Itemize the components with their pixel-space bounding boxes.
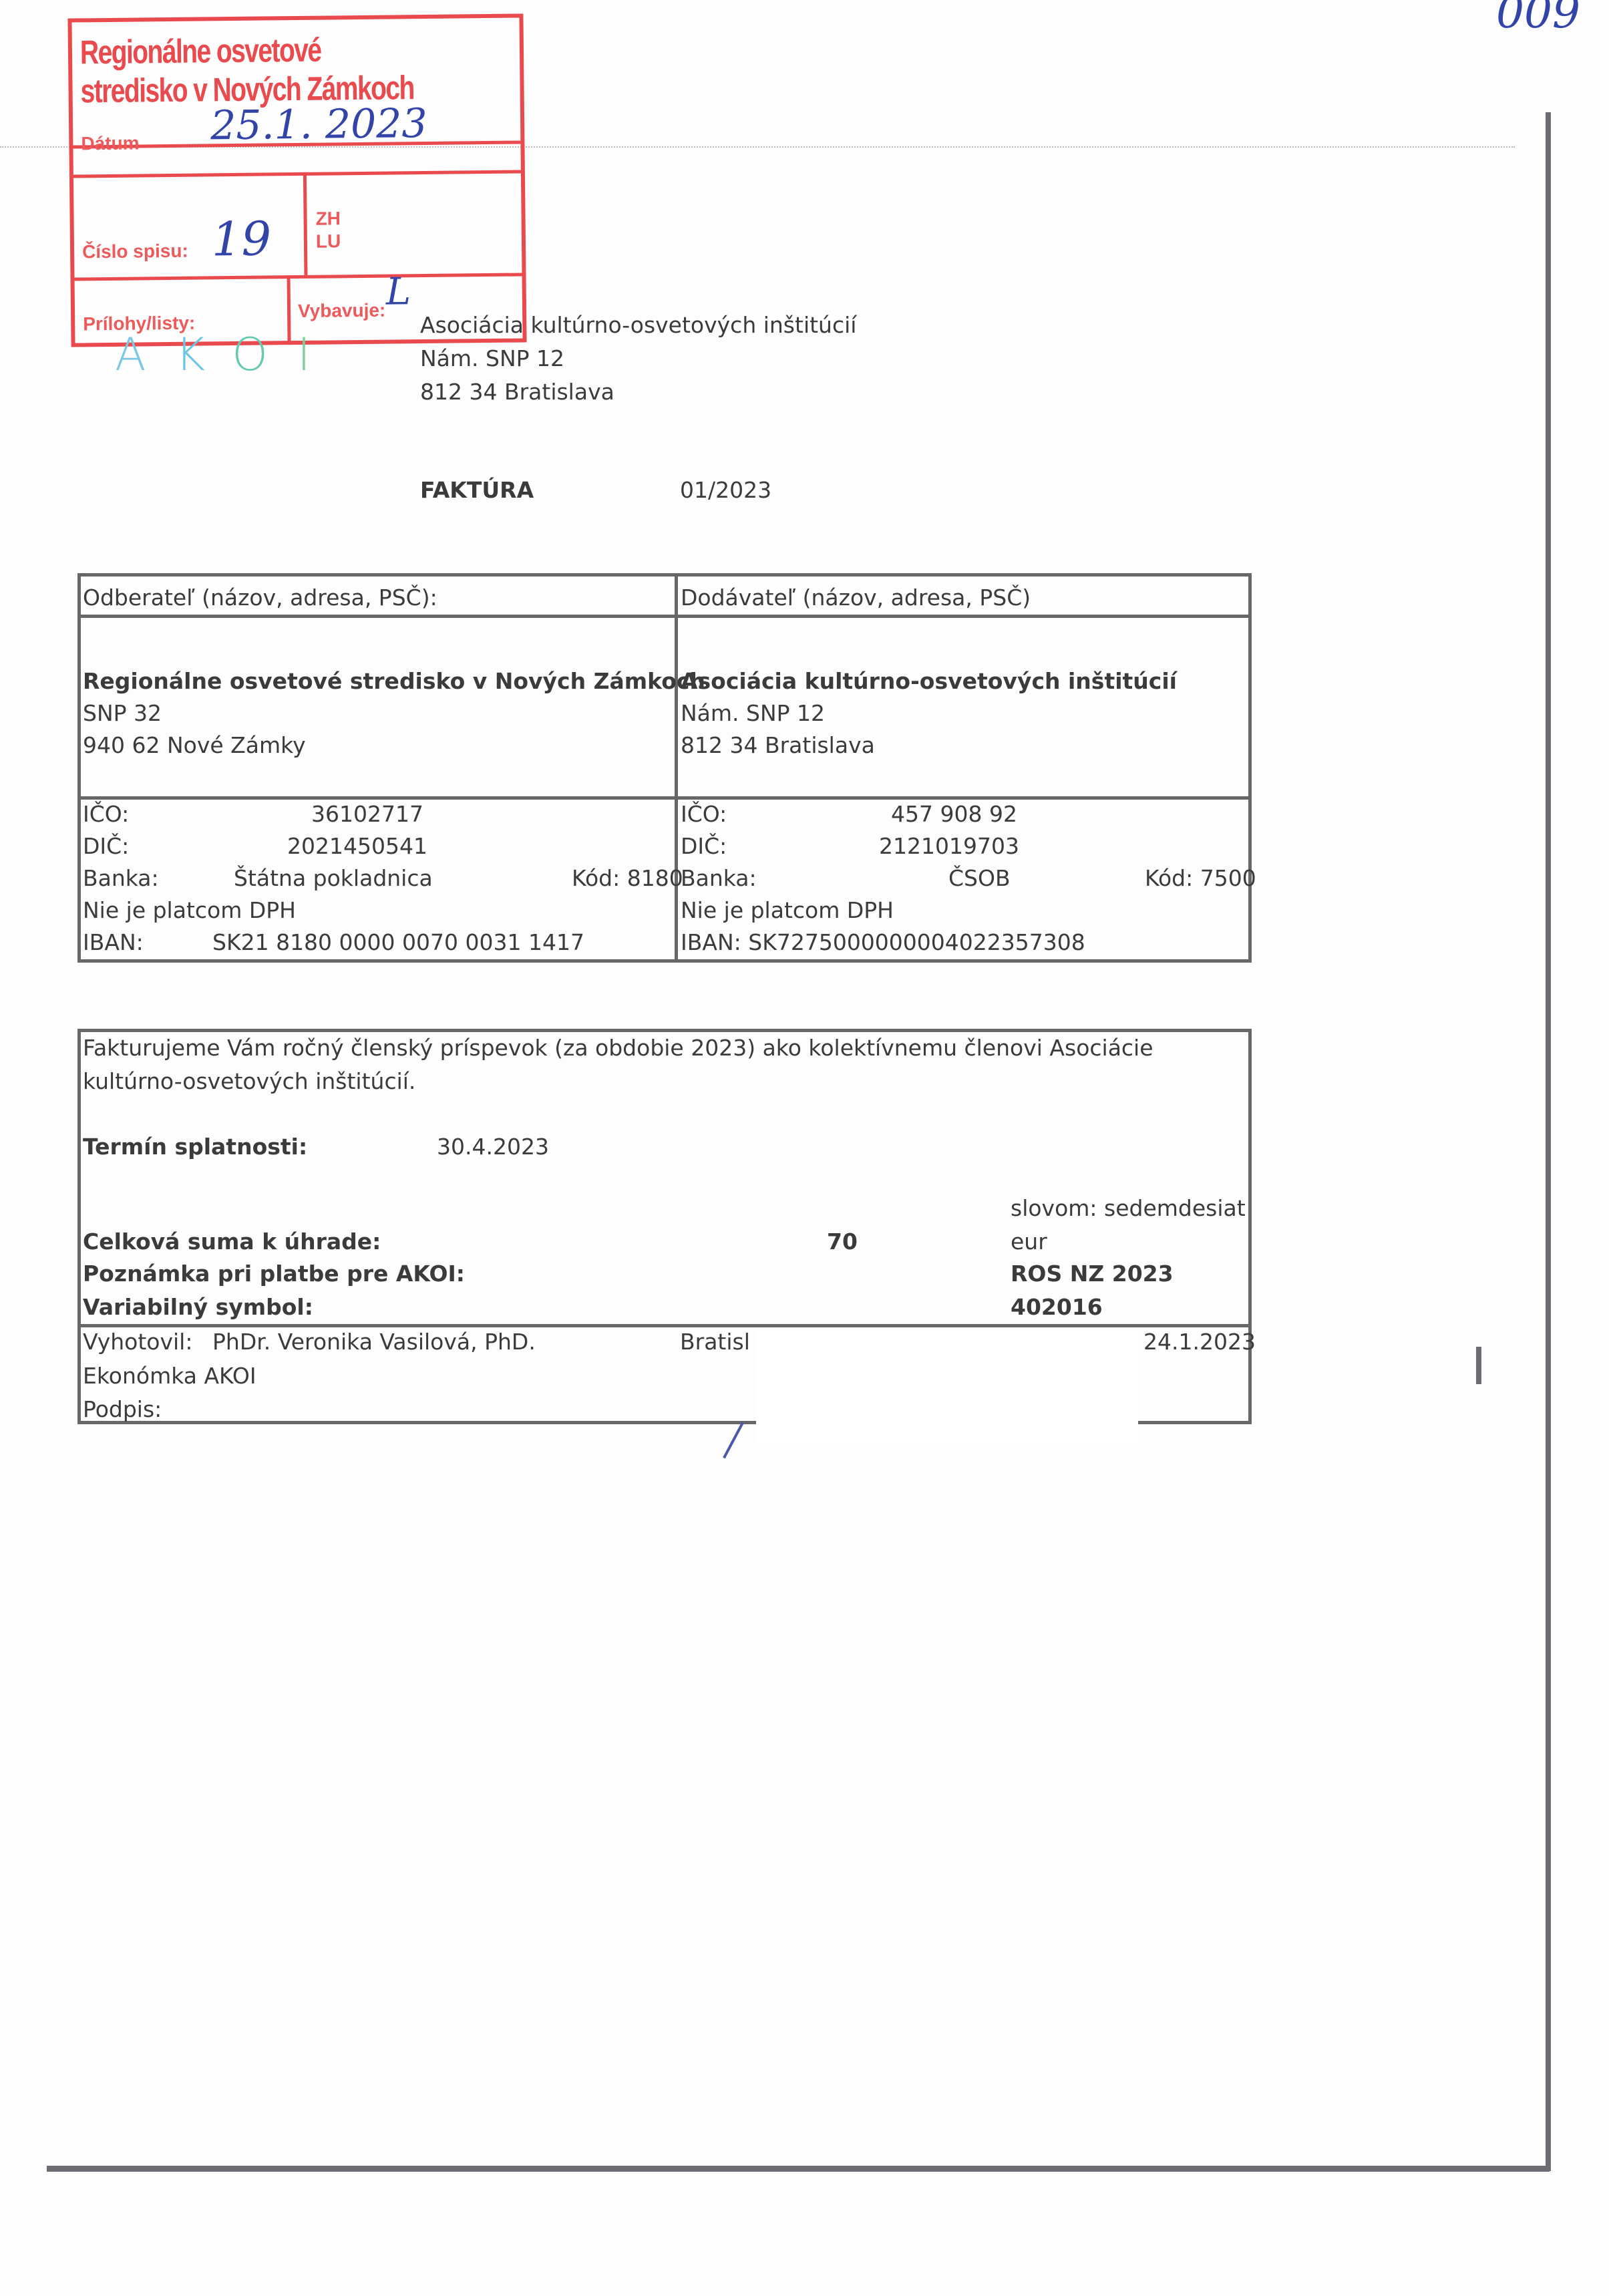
buyer-street: SNP 32 — [83, 702, 162, 724]
supplier-dic: 2121019703 — [879, 835, 1019, 857]
invoice-number: 01/2023 — [680, 479, 771, 501]
buyer-bank-label: Banka: — [83, 867, 159, 889]
buyer-dic: 2021450541 — [287, 835, 427, 857]
stamp-reg-label: Číslo spisu: — [82, 240, 188, 263]
supplier-city: 812 34 Bratislava — [681, 734, 875, 756]
stamp-date-value: 25.1. 2023 — [210, 100, 427, 149]
total-label: Celková suma k úhrade: — [83, 1231, 381, 1253]
issue-date: 24.1.2023 — [1143, 1331, 1256, 1353]
sender-city: 812 34 Bratislava — [420, 381, 614, 403]
page-edge-right — [1546, 112, 1551, 2171]
buyer-dic-label: DIČ: — [83, 835, 129, 857]
stamp-date-label: Dátum — [81, 132, 139, 154]
redaction-box — [756, 1327, 1138, 1444]
supplier-header: Dodávateľ (názov, adresa, PSČ) — [681, 587, 1031, 609]
description-line-2: kultúrno-osvetových inštitúcií. — [83, 1070, 415, 1092]
scan-mark — [1476, 1347, 1481, 1384]
supplier-name: Asociácia kultúrno-osvetových inštitúcií — [681, 670, 1177, 692]
stamp-reg-value: 19 — [211, 211, 271, 267]
invoice-title: FAKTÚRA — [420, 479, 534, 501]
buyer-header: Odberateľ (názov, adresa, PSČ): — [83, 587, 437, 609]
buyer-vat-note: Nie je platcom DPH — [83, 899, 296, 921]
supplier-bank: ČSOB — [948, 867, 1011, 889]
logo-letter: O — [232, 329, 297, 381]
variable-symbol-label: Variabilný symbol: — [83, 1296, 313, 1318]
amount-in-words: slovom: sedemdesiat — [1011, 1197, 1246, 1219]
supplier-bank-label: Banka: — [681, 867, 757, 889]
supplier-dic-label: DIČ: — [681, 835, 727, 857]
issued-by-label: Vyhotovil: — [83, 1331, 192, 1353]
buyer-city: 940 62 Nové Zámky — [83, 734, 306, 756]
stamp-handled-by-label: Vybavuje: — [298, 300, 386, 322]
stamp-dept-code-1: ZH — [315, 208, 341, 229]
due-date: 30.4.2023 — [437, 1136, 549, 1158]
buyer-ico-label: IČO: — [83, 803, 129, 825]
currency: eur — [1011, 1231, 1047, 1253]
sender-street: Nám. SNP 12 — [420, 347, 564, 369]
description-line-1: Fakturujeme Vám ročný členský príspevok … — [83, 1037, 1153, 1059]
place: Bratisl — [680, 1331, 750, 1353]
registry-stamp: Regionálne osvetové stredisko v Nových Z… — [67, 13, 526, 347]
variable-symbol: 402016 — [1011, 1296, 1103, 1318]
supplier-bank-code: Kód: 7500 — [1145, 867, 1256, 889]
page-number-handwritten: 009 — [1496, 0, 1580, 38]
signature-stroke — [723, 1422, 744, 1459]
supplier-ico-label: IČO: — [681, 803, 727, 825]
total-amount: 70 — [827, 1231, 858, 1253]
logo-letter: A — [115, 329, 176, 381]
stamp-dept-code-2: LU — [316, 230, 341, 252]
buyer-name: Regionálne osvetové stredisko v Nových Z… — [83, 670, 705, 692]
page-edge-bottom — [47, 2166, 1550, 2172]
issued-by: PhDr. Veronika Vasilová, PhD. — [212, 1331, 536, 1353]
buyer-iban-label: IBAN: — [83, 931, 144, 953]
payment-note-label: Poznámka pri platbe pre AKOI: — [83, 1263, 465, 1285]
akoi-logo: AKOI — [115, 329, 340, 381]
supplier-vat-note: Nie je platcom DPH — [681, 899, 894, 921]
supplier-street: Nám. SNP 12 — [681, 702, 825, 724]
buyer-iban: SK21 8180 0000 0070 0031 1417 — [212, 931, 584, 953]
payment-note: ROS NZ 2023 — [1011, 1263, 1174, 1285]
stamp-handled-by-value: L — [385, 270, 411, 313]
buyer-bank: Štátna pokladnica — [234, 867, 433, 889]
supplier-ico: 457 908 92 — [891, 803, 1017, 825]
buyer-bank-code: Kód: 8180 — [572, 867, 683, 889]
signature-label: Podpis: — [83, 1398, 162, 1420]
logo-letter: I — [297, 329, 340, 381]
logo-letter: K — [176, 329, 232, 381]
due-date-label: Termín splatnosti: — [83, 1136, 307, 1158]
supplier-iban: IBAN: SK7275000000004022357308 — [681, 931, 1085, 953]
sender-name: Asociácia kultúrno-osvetových inštitúcií — [420, 314, 856, 336]
issuer-role: Ekonómka AKOI — [83, 1365, 256, 1387]
buyer-ico: 36102717 — [311, 803, 423, 825]
